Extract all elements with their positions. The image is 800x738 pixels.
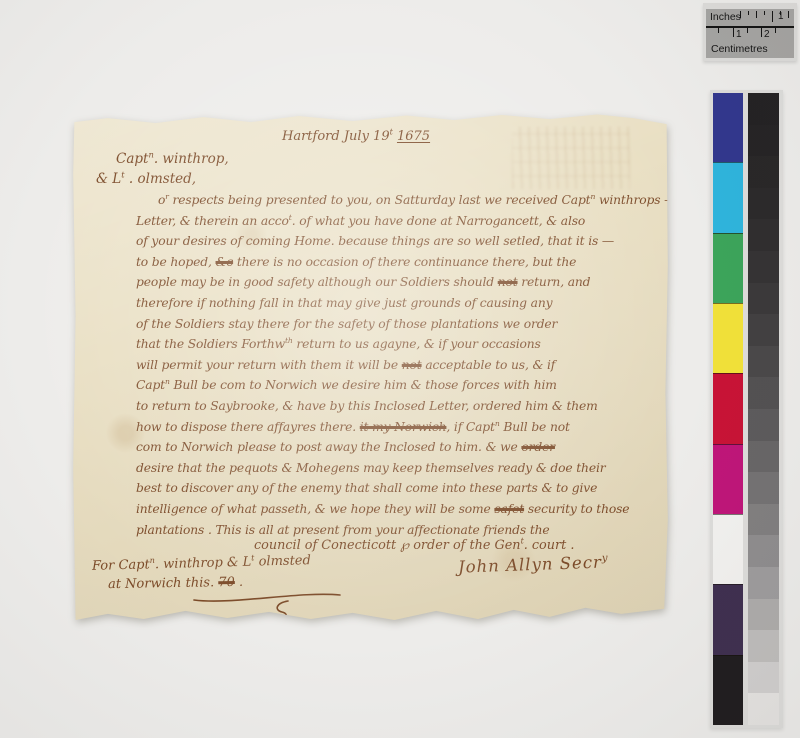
gray-step — [748, 630, 779, 662]
inch-tick — [740, 11, 741, 18]
letter-dateline: Hartford July 19t 1675 — [282, 129, 430, 144]
gray-step — [748, 599, 779, 631]
letter-body-line: to return to Saybrooke, & have by this I… — [136, 399, 676, 420]
inch-tick — [748, 11, 749, 15]
letter-body-line: Letter, & therein an accot. of what you … — [136, 214, 676, 235]
letter-body-line: how to dispose there affayres there. it … — [136, 420, 676, 441]
letter-signature: John Allyn Secry — [458, 552, 609, 576]
pen-flourish-underline — [192, 589, 342, 605]
color-patch-red — [713, 373, 743, 443]
gray-step — [748, 504, 779, 536]
grayscale-step-wedge — [748, 93, 779, 725]
letter-body-line: will permit your return with them it wil… — [136, 358, 676, 379]
gray-step — [748, 125, 779, 157]
color-patch-black — [713, 655, 743, 725]
color-patch-white — [713, 514, 743, 584]
letter-body-line: or respects being presented to you, on S… — [136, 193, 676, 214]
gray-step — [748, 188, 779, 220]
letter-body-line: com to Norwich please to post away the I… — [136, 440, 676, 461]
gray-step — [748, 472, 779, 504]
gray-step — [748, 156, 779, 188]
ink-bleedthrough — [512, 127, 630, 189]
cm-tick — [761, 28, 762, 37]
gray-step — [748, 346, 779, 378]
cm-tick — [718, 28, 719, 33]
color-patch-violet — [713, 584, 743, 654]
cm-tick — [775, 28, 776, 33]
letter-body-line: best to discover any of the enemy that s… — [136, 481, 676, 502]
cm-tick — [747, 28, 748, 33]
gray-step — [748, 314, 779, 346]
letter-body-line: intelligence of what passeth, & we hope … — [136, 502, 676, 523]
gray-step — [748, 251, 779, 283]
ruler-card: Inches 1 1 2 Centimetres — [706, 9, 794, 58]
gray-step — [748, 377, 779, 409]
gray-step — [748, 93, 779, 125]
gray-step — [748, 662, 779, 694]
color-patch-cyan — [713, 162, 743, 232]
gray-step — [748, 283, 779, 315]
color-patch-magenta — [713, 444, 743, 514]
letter-body: or respects being presented to you, on S… — [136, 193, 676, 543]
letter-closing: council of Conecticott ℘ order of the Ge… — [254, 538, 574, 553]
manuscript-letter: Hartford July 19t 1675 Captn. winthrop, … — [72, 113, 669, 621]
letter-recipient-2: & Lt . olmsted, — [96, 171, 196, 187]
letter-docket-line-1: For Captn. winthrop & Lt olmsted — [92, 553, 311, 574]
cm-tick — [733, 28, 734, 37]
color-patch-blue — [713, 93, 743, 162]
inch-tick — [780, 11, 781, 15]
letter-body-line: therefore if nothing fall in that may gi… — [136, 296, 676, 317]
letter-body-line: desire that the pequots & Mohegens may k… — [136, 461, 676, 482]
gray-step — [748, 441, 779, 473]
inch-tick — [788, 11, 789, 18]
letter-body-line: that the Soldiers Forthwth return to us … — [136, 337, 676, 358]
inch-tick — [764, 11, 765, 15]
gray-step — [748, 535, 779, 567]
color-patch-yellow — [713, 303, 743, 373]
inches-label: Inches — [710, 11, 741, 23]
letter-body-line: to be hoped, &c there is no occasion of … — [136, 255, 676, 276]
color-calibration-bar — [713, 93, 743, 725]
letter-body-line: of your desires of coming Home. because … — [136, 234, 676, 255]
inch-tick — [756, 11, 757, 18]
inch-tick — [772, 11, 773, 22]
cm-tick-label-2: 2 — [764, 29, 770, 40]
cm-tick-label-1: 1 — [736, 29, 742, 40]
letter-body-line: people may be in good safety although ou… — [136, 275, 676, 296]
gray-step — [748, 567, 779, 599]
letter-recipient-1: Captn. winthrop, — [116, 151, 229, 167]
gray-step — [748, 409, 779, 441]
pen-flourish-s — [268, 599, 294, 627]
centimetres-label: Centimetres — [711, 43, 768, 55]
manuscript-paper-wrap: Hartford July 19t 1675 Captn. winthrop, … — [72, 113, 669, 621]
gray-step — [748, 219, 779, 251]
letter-body-line: Captn Bull be com to Norwich we desire h… — [136, 378, 676, 399]
letter-body-line: of the Soldiers stay there for the safet… — [136, 317, 676, 338]
photograph-stage: Inches 1 1 2 Centimetres Hartford July 1… — [0, 0, 800, 738]
gray-step — [748, 693, 779, 725]
color-patch-green — [713, 233, 743, 303]
